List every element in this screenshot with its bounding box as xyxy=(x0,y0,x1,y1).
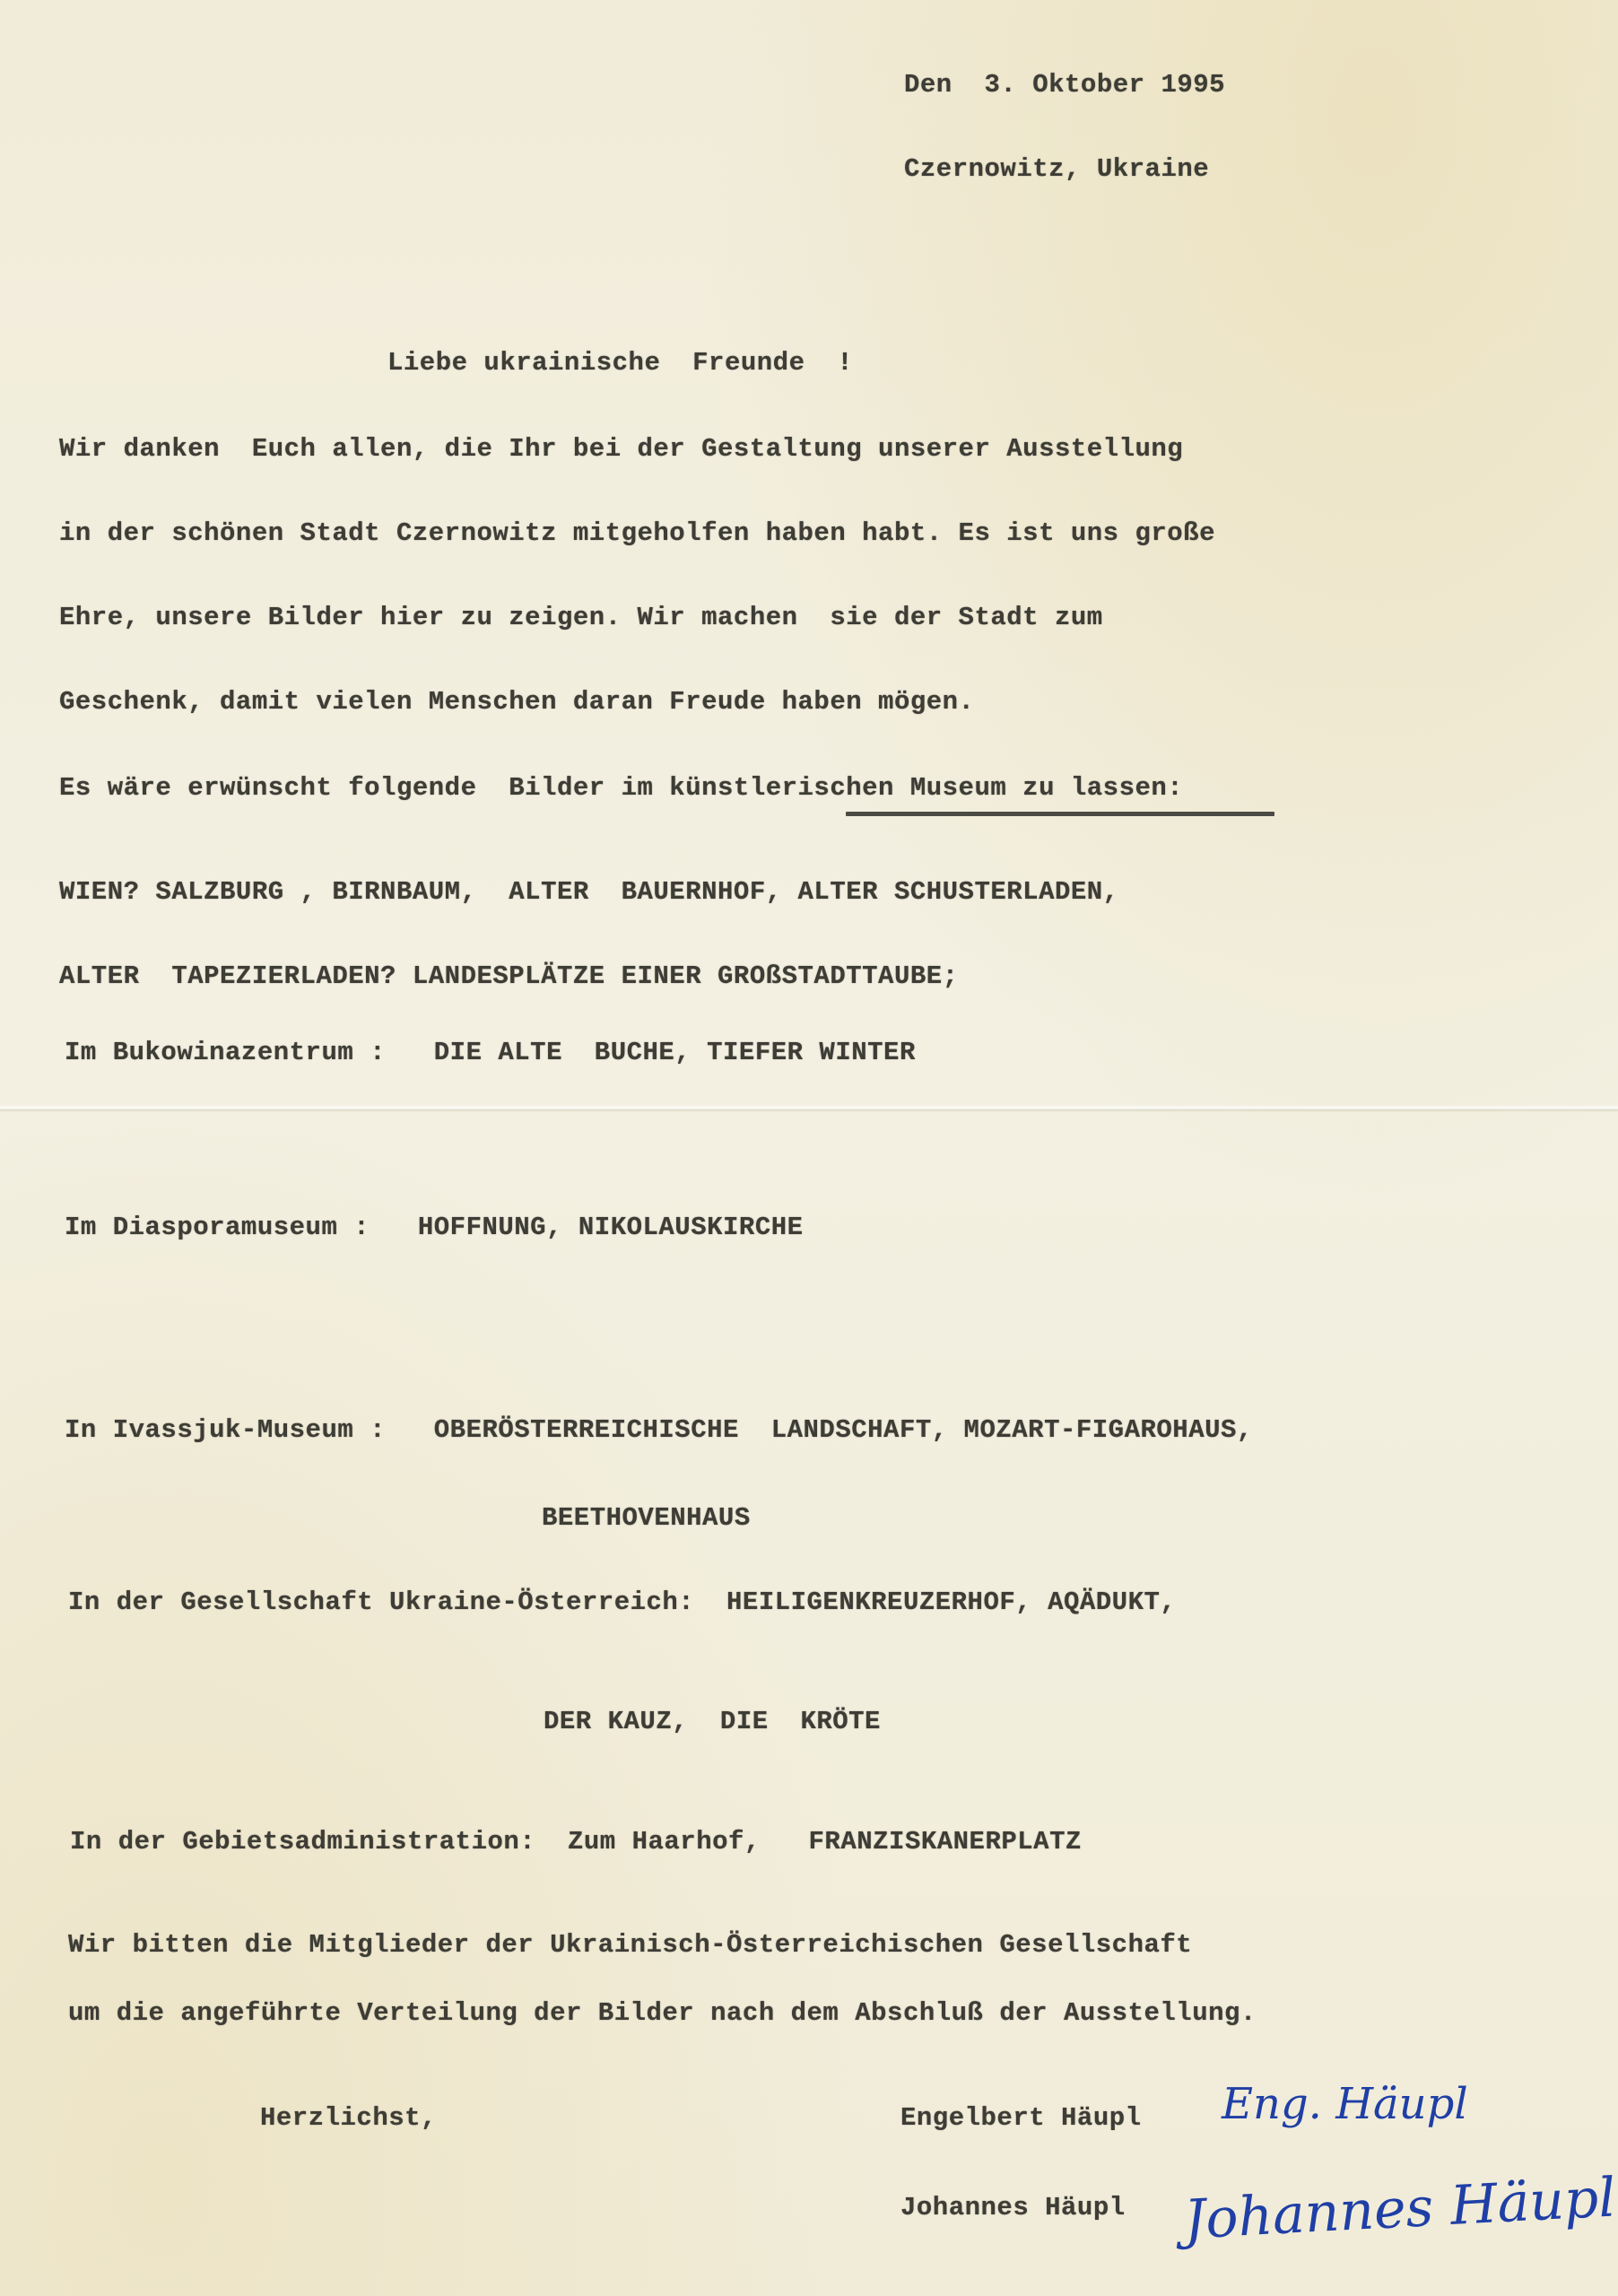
signatory-typed: Johannes Häupl xyxy=(900,2193,1126,2222)
body-line: Ehre, unsere Bilder hier zu zeigen. Wir … xyxy=(59,603,1103,632)
letter-date: Den 3. Oktober 1995 xyxy=(904,70,1225,100)
letter-place: Czernowitz, Ukraine xyxy=(904,154,1209,184)
body-line: ALTER TAPEZIERLADEN? LANDESPLÄTZE EINER … xyxy=(59,961,959,991)
signature-handwritten: Eng. Häupl xyxy=(1222,2079,1468,2129)
body-line: In der Gebietsadministration: Zum Haarho… xyxy=(70,1827,1082,1857)
museum-underline xyxy=(846,812,1274,816)
body-line: Im Diasporamuseum : HOFFNUNG, NIKOLAUSKI… xyxy=(65,1213,804,1242)
body-line: Wir danken Euch allen, die Ihr bei der G… xyxy=(59,434,1183,464)
body-line: BEETHOVENHAUS xyxy=(542,1503,751,1533)
body-line: In Ivassjuk-Museum : OBERÖSTERREICHISCHE… xyxy=(65,1415,1253,1445)
letter-salutation: Liebe ukrainische Freunde ! xyxy=(387,348,853,378)
body-line: Geschenk, damit vielen Menschen daran Fr… xyxy=(59,687,974,717)
body-line: WIEN? SALZBURG , BIRNBAUM, ALTER BAUERNH… xyxy=(59,877,1119,907)
paper-fold xyxy=(0,1105,1618,1112)
body-line: DER KAUZ, DIE KRÖTE xyxy=(544,1707,881,1736)
body-line: in der schönen Stadt Czernowitz mitgehol… xyxy=(59,518,1215,548)
body-line: Im Bukowinazentrum : DIE ALTE BUCHE, TIE… xyxy=(65,1038,916,1067)
signatory-typed: Engelbert Häupl xyxy=(900,2103,1142,2133)
body-line: Wir bitten die Mitglieder der Ukrainisch… xyxy=(68,1930,1192,1960)
body-line: Es wäre erwünscht folgende Bilder im kün… xyxy=(59,773,1183,803)
body-line: In der Gesellschaft Ukraine-Österreich: … xyxy=(68,1587,1176,1617)
body-line: um die angeführte Verteilung der Bilder … xyxy=(68,1998,1257,2028)
signature-handwritten: Johannes Häupl xyxy=(1182,2166,1617,2251)
letter-closing: Herzlichst, xyxy=(260,2103,437,2133)
